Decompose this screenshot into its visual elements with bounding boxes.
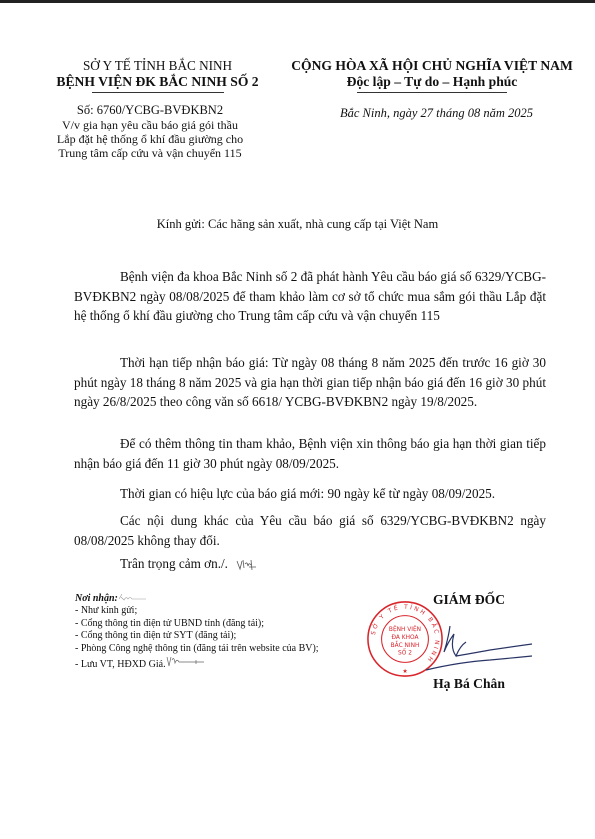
window-top-bar [0,0,595,3]
recipient-item: - Phòng Công nghệ thông tin (đăng tải tr… [75,643,319,655]
initials-signature-icon [236,558,258,572]
body-paragraph-1: Bệnh viện đa khoa Bắc Ninh số 2 đã phát … [74,267,546,326]
signer-name: Hạ Bá Chân [404,676,534,692]
header-right: CỘNG HÒA XÃ HỘI CHỦ NGHĨA VIỆT NAM Độc l… [282,58,582,93]
recipient-item: - Như kính gửi; [75,605,319,617]
subject-line: V/v gia hạn yêu cầu báo giá gói thầu [0,118,300,132]
paragraph-text: Các nội dung khác của Yêu cầu báo giá số… [74,511,546,550]
svg-text:BỆNH VIỆN: BỆNH VIỆN [389,625,421,633]
recipient-item: - Cổng thông tin điện tử UBND tỉnh (đăng… [75,618,319,630]
svg-text:ĐA KHOA: ĐA KHOA [391,635,418,641]
paragraph-text: Thời hạn tiếp nhận báo giá: Từ ngày 08 t… [74,353,546,412]
paragraph-text: Bệnh viện đa khoa Bắc Ninh số 2 đã phát … [74,267,546,326]
body-paragraph-5: Các nội dung khác của Yêu cầu báo giá số… [74,511,546,550]
header-left-underline [92,92,224,93]
recipients-block: Nơi nhận: - Như kính gửi; - Cổng thông t… [75,593,319,671]
body-paragraph-4: Thời gian có hiệu lực của báo giá mới: 9… [74,484,546,504]
header-left: SỞ Y TẾ TỈNH BẮC NINH BỆNH VIỆN ĐK BẮC N… [40,58,275,93]
svg-text:SỐ 2: SỐ 2 [398,649,412,657]
director-signature-icon [420,612,540,672]
subject-line: Lắp đặt hệ thống ổ khí đầu giường cho [0,132,300,146]
salutation: Kính gửi: Các hãng sản xuất, nhà cung cấ… [0,217,595,232]
recipient-item: - Cổng thông tin điện tử SYT (đăng tải); [75,630,319,642]
recipients-title: Nơi nhận: [75,593,118,604]
department-name: SỞ Y TẾ TỈNH BẮC NINH [40,58,275,74]
document-number: Số: 6760/YCBG-BVĐKBN2 [0,103,300,117]
place-date: Bắc Ninh, ngày 27 tháng 08 năm 2025 [340,106,533,121]
header-right-underline [357,92,507,93]
paragraph-text: Để có thêm thông tin tham khảo, Bệnh việ… [74,434,546,473]
national-motto: Độc lập – Tự do – Hạnh phúc [282,74,582,90]
closing-line: Trân trọng cảm ơn./. [74,554,546,574]
initials-signature-icon [166,655,206,667]
subject-line: Trung tâm cấp cứu và vận chuyển 115 [0,146,300,160]
body-paragraph-2: Thời hạn tiếp nhận báo giá: Từ ngày 08 t… [74,353,546,412]
initials-signature-icon [118,593,148,601]
country-name: CỘNG HÒA XÃ HỘI CHỦ NGHĨA VIỆT NAM [282,58,582,74]
document-subject: V/v gia hạn yêu cầu báo giá gói thầu Lắp… [0,118,300,160]
closing-text: Trân trọng cảm ơn./. [120,556,228,571]
organization-name: BỆNH VIỆN ĐK BẮC NINH SỐ 2 [40,74,275,90]
body-paragraph-3: Để có thêm thông tin tham khảo, Bệnh việ… [74,434,546,473]
paragraph-text: Thời gian có hiệu lực của báo giá mới: 9… [74,484,546,504]
svg-text:★: ★ [402,668,407,675]
recipient-item: - Lưu VT, HĐXD Giá. [75,659,166,670]
svg-text:BẮC NINH: BẮC NINH [391,641,420,649]
